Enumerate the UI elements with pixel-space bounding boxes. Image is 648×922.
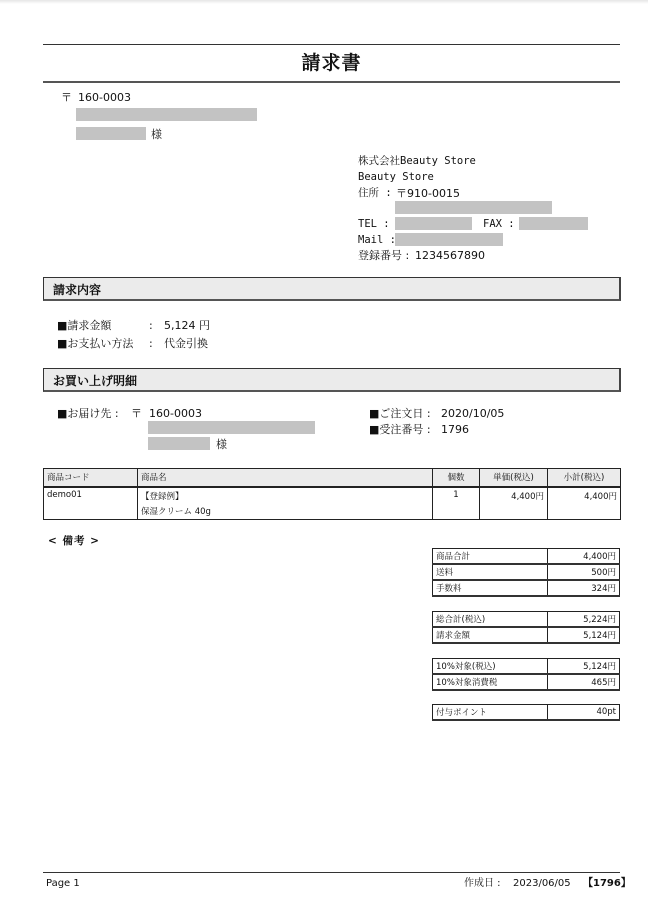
payment-method-label: ■お支払い方法 bbox=[57, 337, 133, 350]
billing-section-header: 請求内容 bbox=[43, 277, 621, 301]
footer-created-label: 作成日 : bbox=[464, 877, 501, 890]
issuer-tel-redacted bbox=[395, 217, 472, 230]
recipient-postal-mark: 〒 bbox=[61, 91, 72, 104]
summary-row: 送料500円 bbox=[433, 564, 620, 580]
summary-value: 5,224円 bbox=[548, 612, 620, 628]
item-name-line1: 【登録例】 bbox=[141, 490, 429, 502]
order-date-label: ■ご注文日 : bbox=[369, 407, 431, 420]
issuer-address-redacted bbox=[395, 201, 552, 214]
issuer-address-postal: 〒910-0015 bbox=[396, 187, 460, 200]
billing-section-title: 請求内容 bbox=[53, 281, 101, 298]
summary-row: 請求金額5,124円 bbox=[433, 627, 620, 643]
billing-amount-label: ■請求金額 bbox=[57, 319, 111, 332]
item-code: demo01 bbox=[44, 487, 138, 520]
issuer-address-label: 住所 : bbox=[358, 187, 392, 200]
remarks-label: < 備考 > bbox=[48, 535, 100, 548]
summary-label: 10%対象(税込) bbox=[433, 659, 548, 675]
item-quantity: 1 bbox=[433, 487, 480, 520]
summary-subtotals-table: 商品合計4,400円 送料500円 手数料324円 bbox=[432, 548, 620, 597]
summary-points-table: 付与ポイント40pt bbox=[432, 704, 620, 721]
recipient-address-redacted bbox=[76, 108, 257, 121]
footer-page-number: Page 1 bbox=[46, 877, 80, 890]
issuer-company: 株式会社Beauty Store bbox=[358, 155, 476, 168]
delivery-postal-code: 160-0003 bbox=[149, 407, 202, 420]
header-product-code: 商品コード bbox=[44, 469, 138, 488]
issuer-mail-redacted bbox=[395, 233, 503, 246]
summary-row: 手数料324円 bbox=[433, 580, 620, 596]
delivery-postal-mark: 〒 bbox=[131, 407, 142, 420]
issuer-registration-number: 1234567890 bbox=[415, 249, 485, 262]
recipient-name-redacted bbox=[76, 127, 146, 140]
recipient-postal-code: 160-0003 bbox=[78, 91, 131, 104]
summary-value: 324円 bbox=[548, 580, 620, 596]
summary-totals-table: 総合計(税込)5,224円 請求金額5,124円 bbox=[432, 611, 620, 644]
delivery-address-redacted bbox=[148, 421, 315, 434]
item-subtotal: 4,400円 bbox=[548, 487, 621, 520]
summary-row: 10%対象消費税465円 bbox=[433, 674, 620, 690]
summary-row: 総合計(税込)5,224円 bbox=[433, 612, 620, 628]
payment-method-sep: : bbox=[149, 337, 153, 350]
footer-order-ref: 【1796】 bbox=[583, 877, 631, 890]
header-product-name: 商品名 bbox=[138, 469, 433, 488]
header-quantity: 個数 bbox=[433, 469, 480, 488]
purchase-section-header: お買い上げ明細 bbox=[43, 368, 621, 392]
issuer-fax-label: FAX : bbox=[483, 218, 515, 231]
item-unit-price: 4,400円 bbox=[480, 487, 548, 520]
summary-value: 465円 bbox=[548, 674, 620, 690]
title-bottom-rule bbox=[43, 81, 620, 83]
item-name-cell: 【登録例】 保湿クリーム 40g bbox=[138, 487, 433, 520]
summary-label: 請求金額 bbox=[433, 627, 548, 643]
purchase-section-title: お買い上げ明細 bbox=[53, 372, 137, 389]
page-top-shadow bbox=[0, 0, 648, 4]
items-table-header-row: 商品コード 商品名 個数 単価(税込) 小計(税込) bbox=[44, 469, 621, 488]
document-title: 請求書 bbox=[43, 48, 620, 75]
item-name-line2: 保湿クリーム 40g bbox=[141, 505, 429, 517]
summary-row: 付与ポイント40pt bbox=[433, 705, 620, 721]
summary-label: 総合計(税込) bbox=[433, 612, 548, 628]
issuer-registration-label: 登録番号 : bbox=[358, 249, 409, 262]
summary-label: 10%対象消費税 bbox=[433, 674, 548, 690]
payment-method-value: 代金引換 bbox=[164, 337, 208, 350]
summary-tax-table: 10%対象(税込)5,124円 10%対象消費税465円 bbox=[432, 658, 620, 691]
issuer-tel-label: TEL : bbox=[358, 218, 390, 231]
summary-value: 5,124円 bbox=[548, 659, 620, 675]
footer-created-date: 2023/06/05 bbox=[513, 877, 571, 890]
title-top-rule bbox=[43, 44, 620, 45]
billing-amount-value: 5,124 円 bbox=[164, 319, 210, 332]
billing-amount-sep: : bbox=[149, 319, 153, 332]
header-subtotal: 小計(税込) bbox=[548, 469, 621, 488]
summary-value: 40pt bbox=[548, 705, 620, 721]
summary-value: 4,400円 bbox=[548, 549, 620, 565]
summary-label: 付与ポイント bbox=[433, 705, 548, 721]
items-table: 商品コード 商品名 個数 単価(税込) 小計(税込) demo01 【登録例】 … bbox=[43, 468, 621, 520]
issuer-fax-redacted bbox=[519, 217, 588, 230]
summary-label: 商品合計 bbox=[433, 549, 548, 565]
delivery-honorific: 様 bbox=[216, 438, 227, 451]
recipient-honorific: 様 bbox=[151, 128, 162, 141]
order-number-value: 1796 bbox=[441, 423, 469, 436]
summary-value: 5,124円 bbox=[548, 627, 620, 643]
summary-label: 手数料 bbox=[433, 580, 548, 596]
issuer-store: Beauty Store bbox=[358, 171, 434, 184]
table-row: demo01 【登録例】 保湿クリーム 40g 1 4,400円 4,400円 bbox=[44, 487, 621, 520]
delivery-name-redacted bbox=[148, 437, 210, 450]
summary-value: 500円 bbox=[548, 564, 620, 580]
header-unit-price: 単価(税込) bbox=[480, 469, 548, 488]
order-date-value: 2020/10/05 bbox=[441, 407, 504, 420]
summary-label: 送料 bbox=[433, 564, 548, 580]
issuer-mail-label: Mail : bbox=[358, 234, 396, 247]
order-number-label: ■受注番号 : bbox=[369, 423, 431, 436]
summary-row: 商品合計4,400円 bbox=[433, 549, 620, 565]
delivery-label: ■お届け先 : bbox=[57, 407, 119, 420]
summary-row: 10%対象(税込)5,124円 bbox=[433, 659, 620, 675]
footer-rule bbox=[43, 872, 620, 873]
